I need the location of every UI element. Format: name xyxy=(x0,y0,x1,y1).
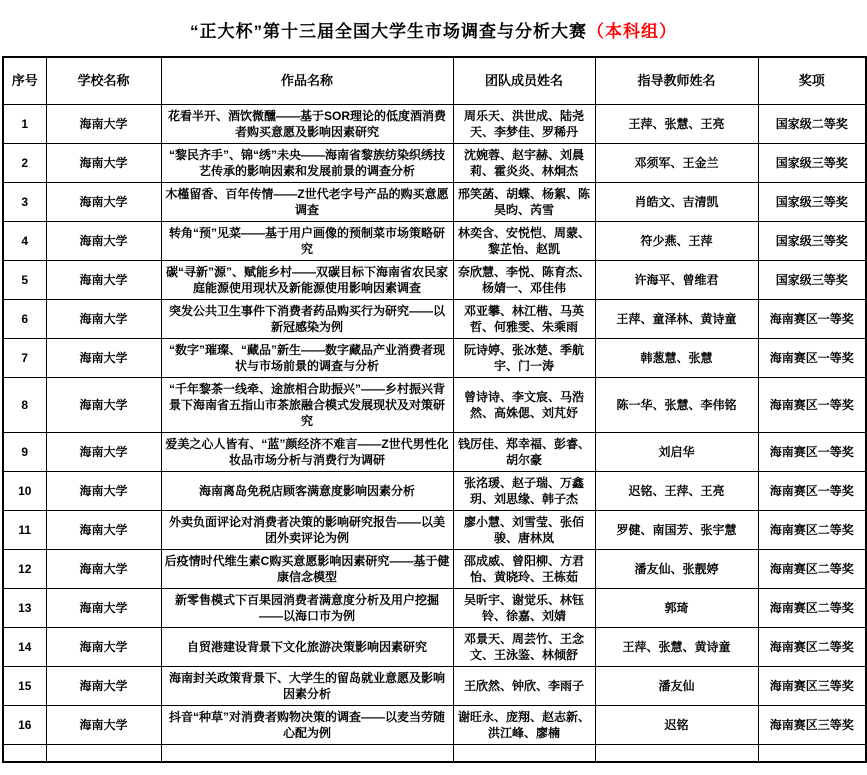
cell-serial: 2 xyxy=(3,144,46,183)
cell-school: 海南大学 xyxy=(46,300,161,339)
cell-school: 海南大学 xyxy=(46,144,161,183)
empty-cell xyxy=(758,745,866,763)
cell-award: 国家级三等奖 xyxy=(758,144,866,183)
cell-school: 海南大学 xyxy=(46,667,161,706)
cell-team: 邢笑菡、胡蝶、杨絮、陈昊昀、芮雪 xyxy=(453,183,595,222)
cell-team: 阮诗婷、张冰楚、季航宇、门一涛 xyxy=(453,339,595,378)
table-row: 10 海南大学 海南离岛免税店顾客满意度影响因素分析 张洺瑗、赵子瑞、万鑫玥、刘… xyxy=(3,472,866,511)
cell-serial: 13 xyxy=(3,589,46,628)
cell-team: 沈婉蓉、赵宇赫、刘晨莉、霍炎炎、林炯杰 xyxy=(453,144,595,183)
cell-award: 海南赛区一等奖 xyxy=(758,300,866,339)
cell-work: “数字”璀璨、“藏品”新生——数字藏品产业消费者现状与市场前景的调查与分析 xyxy=(161,339,453,378)
cell-advisors: 王萍、童泽林、黄诗童 xyxy=(595,300,758,339)
cell-work: 突发公共卫生事件下消费者药品购买行为研究——以新冠感染为例 xyxy=(161,300,453,339)
cell-team: 谢旺永、庞翔、赵志新、洪江峰、廖楠 xyxy=(453,706,595,745)
cell-school: 海南大学 xyxy=(46,378,161,433)
cell-school: 海南大学 xyxy=(46,589,161,628)
cell-team: 林奕含、安悦恺、周蒙、黎芷怡、赵凯 xyxy=(453,222,595,261)
empty-cell xyxy=(453,745,595,763)
cell-work: 抖音“种草”对消费者购物决策的调查——以麦当劳随心配为例 xyxy=(161,706,453,745)
cell-serial: 7 xyxy=(3,339,46,378)
table-row: 2 海南大学 “黎民齐手”、锦“绣”未央——海南省黎族纺染织绣技艺传承的影响因素… xyxy=(3,144,866,183)
table-row: 14 海南大学 自贸港建设背景下文化旅游决策影响因素研究 邓景天、周芸竹、王念文… xyxy=(3,628,866,667)
table-header: 序号 学校名称 作品名称 团队成员姓名 指导教师姓名 奖项 xyxy=(3,57,866,105)
cell-advisors: 陈一华、张慧、李伟铭 xyxy=(595,378,758,433)
table-row: 6 海南大学 突发公共卫生事件下消费者药品购买行为研究——以新冠感染为例 邓亚攀… xyxy=(3,300,866,339)
cell-work: 自贸港建设背景下文化旅游决策影响因素研究 xyxy=(161,628,453,667)
table-row: 4 海南大学 转角“预”见菜——基于用户画像的预制菜市场策略研究 林奕含、安悦恺… xyxy=(3,222,866,261)
cell-team: 邓景天、周芸竹、王念文、王泳鉴、林倾舒 xyxy=(453,628,595,667)
column-header-school: 学校名称 xyxy=(46,57,161,105)
column-header-award: 奖项 xyxy=(758,57,866,105)
table-row: 12 海南大学 后疫情时代维生素C购买意愿影响因素研究——基于健康信念模型 邵成… xyxy=(3,550,866,589)
cell-school: 海南大学 xyxy=(46,511,161,550)
table-row: 1 海南大学 花看半开、酒饮微醺——基于SOR理论的低度酒消费者购买意愿及影响因… xyxy=(3,105,866,144)
empty-cell xyxy=(3,745,46,763)
cell-work: “黎民齐手”、锦“绣”未央——海南省黎族纺染织绣技艺传承的影响因素和发展前景的调… xyxy=(161,144,453,183)
cell-award: 海南赛区二等奖 xyxy=(758,550,866,589)
cell-advisors: 符少燕、王萍 xyxy=(595,222,758,261)
empty-cell xyxy=(595,745,758,763)
cell-advisors: 潘友仙、张靓婷 xyxy=(595,550,758,589)
column-header-work: 作品名称 xyxy=(161,57,453,105)
cell-work: 海南封关政策背景下、大学生的留岛就业意愿及影响因素分析 xyxy=(161,667,453,706)
cell-serial: 10 xyxy=(3,472,46,511)
cell-work: 后疫情时代维生素C购买意愿影响因素研究——基于健康信念模型 xyxy=(161,550,453,589)
cell-award: 国家级二等奖 xyxy=(758,105,866,144)
cell-advisors: 王萍、张慧、王亮 xyxy=(595,105,758,144)
table-row: 3 海南大学 木槿留香、百年传情——Z世代老字号产品的购买意愿调查 邢笑菡、胡蝶… xyxy=(3,183,866,222)
cell-award: 海南赛区二等奖 xyxy=(758,589,866,628)
empty-cell xyxy=(161,745,453,763)
cell-team: 奈欣慧、李悦、陈育杰、杨婧一、邓佳伟 xyxy=(453,261,595,300)
cell-serial: 3 xyxy=(3,183,46,222)
cell-school: 海南大学 xyxy=(46,105,161,144)
cell-advisors: 潘友仙 xyxy=(595,667,758,706)
cell-team: 张洺瑗、赵子瑞、万鑫玥、刘思缘、韩子杰 xyxy=(453,472,595,511)
cell-serial: 6 xyxy=(3,300,46,339)
cell-work: “千年黎茶一线牵、途旅相合助振兴”——乡村振兴背景下海南省五指山市茶旅融合模式发… xyxy=(161,378,453,433)
cell-advisors: 迟铭 xyxy=(595,706,758,745)
cell-award: 海南赛区一等奖 xyxy=(758,472,866,511)
cell-serial: 1 xyxy=(3,105,46,144)
table-row: 5 海南大学 碳“寻新”源”、赋能乡村——双碳目标下海南省农民家庭能源使用现状及… xyxy=(3,261,866,300)
cell-award: 国家级三等奖 xyxy=(758,183,866,222)
cell-school: 海南大学 xyxy=(46,472,161,511)
cell-serial: 9 xyxy=(3,433,46,472)
table-row: 13 海南大学 新零售模式下百果园消费者满意度分析及用户挖掘——以海口市为例 吴… xyxy=(3,589,866,628)
cell-school: 海南大学 xyxy=(46,261,161,300)
cell-team: 邵成威、曾阳柳、方君怡、黄晓玲、王栋茹 xyxy=(453,550,595,589)
cell-school: 海南大学 xyxy=(46,706,161,745)
document-page: “正大杯”第十三届全国大学生市场调查与分析大赛（本科组） 序号 学校名称 作品名… xyxy=(0,0,867,775)
cell-work: 新零售模式下百果园消费者满意度分析及用户挖掘——以海口市为例 xyxy=(161,589,453,628)
cell-team: 钱厉佳、郑幸福、彭睿、胡尔豪 xyxy=(453,433,595,472)
column-header-advisors: 指导教师姓名 xyxy=(595,57,758,105)
partial-empty-row xyxy=(3,745,866,763)
cell-school: 海南大学 xyxy=(46,222,161,261)
cell-work: 海南离岛免税店顾客满意度影响因素分析 xyxy=(161,472,453,511)
cell-award: 海南赛区二等奖 xyxy=(758,628,866,667)
cell-school: 海南大学 xyxy=(46,339,161,378)
column-header-team: 团队成员姓名 xyxy=(453,57,595,105)
cell-work: 外卖负面评论对消费者决策的影响研究报告——以美团外卖评论为例 xyxy=(161,511,453,550)
cell-advisors: 王萍、张慧、黄诗童 xyxy=(595,628,758,667)
table-row: 16 海南大学 抖音“种草”对消费者购物决策的调查——以麦当劳随心配为例 谢旺永… xyxy=(3,706,866,745)
cell-serial: 16 xyxy=(3,706,46,745)
cell-advisors: 邓须军、王金兰 xyxy=(595,144,758,183)
cell-award: 海南赛区一等奖 xyxy=(758,378,866,433)
cell-team: 廖小慧、刘雪莹、张佰骏、唐林岚 xyxy=(453,511,595,550)
cell-serial: 14 xyxy=(3,628,46,667)
table-row: 9 海南大学 爱美之心人皆有、“蓝”颜经济不难言——Z世代男性化妆品市场分析与消… xyxy=(3,433,866,472)
empty-cell xyxy=(46,745,161,763)
cell-school: 海南大学 xyxy=(46,433,161,472)
cell-school: 海南大学 xyxy=(46,183,161,222)
table-row: 11 海南大学 外卖负面评论对消费者决策的影响研究报告——以美团外卖评论为例 廖… xyxy=(3,511,866,550)
cell-team: 邓亚攀、林江楷、马英哲、何雅雯、朱乘雨 xyxy=(453,300,595,339)
cell-advisors: 许海平、曾维君 xyxy=(595,261,758,300)
cell-advisors: 迟铭、王萍、王亮 xyxy=(595,472,758,511)
cell-award: 海南赛区一等奖 xyxy=(758,433,866,472)
table-row: 15 海南大学 海南封关政策背景下、大学生的留岛就业意愿及影响因素分析 王欣然、… xyxy=(3,667,866,706)
cell-work: 爱美之心人皆有、“蓝”颜经济不难言——Z世代男性化妆品市场分析与消费行为调研 xyxy=(161,433,453,472)
cell-award: 海南赛区二等奖 xyxy=(758,511,866,550)
cell-award: 国家级三等奖 xyxy=(758,261,866,300)
cell-serial: 12 xyxy=(3,550,46,589)
cell-work: 碳“寻新”源”、赋能乡村——双碳目标下海南省农民家庭能源使用现状及新能源使用影响… xyxy=(161,261,453,300)
column-header-serial: 序号 xyxy=(3,57,46,105)
cell-serial: 4 xyxy=(3,222,46,261)
cell-award: 海南赛区三等奖 xyxy=(758,667,866,706)
cell-school: 海南大学 xyxy=(46,628,161,667)
cell-work: 花看半开、酒饮微醺——基于SOR理论的低度酒消费者购买意愿及影响因素研究 xyxy=(161,105,453,144)
cell-team: 王欣然、钟欣、李雨子 xyxy=(453,667,595,706)
cell-advisors: 肖皓文、吉清凯 xyxy=(595,183,758,222)
page-title-group: （本科组） xyxy=(587,22,677,41)
table-body: 1 海南大学 花看半开、酒饮微醺——基于SOR理论的低度酒消费者购买意愿及影响因… xyxy=(3,105,866,745)
cell-team: 曾诗诗、李文宸、马浩然、高姝偲、刘芃妤 xyxy=(453,378,595,433)
cell-team: 周乐天、洪世成、陆尧天、李梦佳、罗稀丹 xyxy=(453,105,595,144)
cell-award: 海南赛区一等奖 xyxy=(758,339,866,378)
cell-serial: 15 xyxy=(3,667,46,706)
cell-work: 转角“预”见菜——基于用户画像的预制菜市场策略研究 xyxy=(161,222,453,261)
cell-advisors: 罗健、南国芳、张宇慧 xyxy=(595,511,758,550)
cell-advisors: 韩葱慧、张慧 xyxy=(595,339,758,378)
table-row: 8 海南大学 “千年黎茶一线牵、途旅相合助振兴”——乡村振兴背景下海南省五指山市… xyxy=(3,378,866,433)
cell-serial: 8 xyxy=(3,378,46,433)
cell-serial: 5 xyxy=(3,261,46,300)
cell-award: 海南赛区三等奖 xyxy=(758,706,866,745)
page-title: “正大杯”第十三届全国大学生市场调查与分析大赛（本科组） xyxy=(0,0,867,56)
header-row: 序号 学校名称 作品名称 团队成员姓名 指导教师姓名 奖项 xyxy=(3,57,866,105)
cell-team: 吴昕宇、谢觉乐、林钰铃、徐嘉、刘婧 xyxy=(453,589,595,628)
page-title-main: “正大杯”第十三届全国大学生市场调查与分析大赛 xyxy=(190,22,587,41)
cell-award: 国家级三等奖 xyxy=(758,222,866,261)
table-footer xyxy=(3,745,866,763)
cell-serial: 11 xyxy=(3,511,46,550)
cell-school: 海南大学 xyxy=(46,550,161,589)
table-row: 7 海南大学 “数字”璀璨、“藏品”新生——数字藏品产业消费者现状与市场前景的调… xyxy=(3,339,866,378)
cell-advisors: 郭琦 xyxy=(595,589,758,628)
results-table: 序号 学校名称 作品名称 团队成员姓名 指导教师姓名 奖项 1 海南大学 花看半… xyxy=(2,56,867,763)
cell-work: 木槿留香、百年传情——Z世代老字号产品的购买意愿调查 xyxy=(161,183,453,222)
cell-advisors: 刘启华 xyxy=(595,433,758,472)
